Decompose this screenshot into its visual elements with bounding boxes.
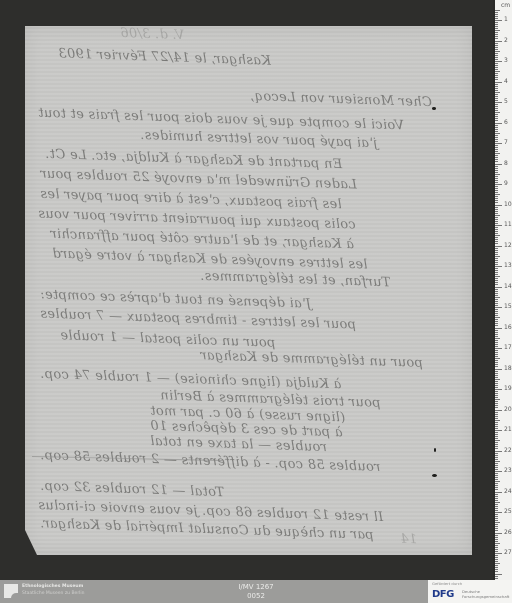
- ruler-tick: [495, 63, 498, 64]
- ruler-tick: [495, 41, 502, 42]
- ruler-tick: [495, 569, 498, 570]
- handwritten-line: pour trois télégrammes à Berlin: [160, 388, 381, 411]
- footer-bar: Ethnologisches Museum Staatliche Museen …: [0, 580, 512, 603]
- ruler-tick: [495, 399, 500, 400]
- ruler-tick: [495, 500, 498, 501]
- ruler-tick: [495, 280, 498, 281]
- ruler-tick: [495, 520, 498, 521]
- ruler-tick: [495, 434, 498, 435]
- ruler-tick: [495, 561, 498, 562]
- handwritten-line: à Kashgar, et de l'autre côté pour affra…: [50, 227, 354, 253]
- ruler-tick: [495, 360, 498, 361]
- ruler-tick: [495, 526, 498, 527]
- ruler-tick: [495, 108, 498, 109]
- ruler-tick: [495, 287, 502, 288]
- ruler-tick: [495, 112, 500, 113]
- ruler-tick: [495, 342, 498, 343]
- ruler-tick: [495, 352, 498, 353]
- ruler-tick: [495, 133, 500, 134]
- ruler-tick: [495, 545, 498, 546]
- ruler-tick: [495, 53, 498, 54]
- ruler-tick: [495, 125, 498, 126]
- ruler-tick: [495, 84, 498, 85]
- ruler-tick: [495, 225, 502, 226]
- ruler-tick: [495, 504, 498, 505]
- ruler-tick: [495, 14, 498, 15]
- handwritten-line: j'ai payé pour vos lettres humides.: [140, 128, 378, 151]
- ruler-tick: [495, 170, 498, 171]
- ruler-tick: [495, 59, 498, 60]
- ruler-tick: [495, 321, 498, 322]
- ruler-tick: [495, 528, 498, 529]
- ruler-tick: [495, 446, 498, 447]
- ruler-tick: [495, 180, 498, 181]
- ruler-tick: [495, 346, 498, 347]
- ruler-tick: [495, 315, 498, 316]
- ruler-tick: [495, 571, 498, 572]
- ruler-tick: [495, 278, 498, 279]
- ruler-tick: [495, 266, 502, 267]
- ruler-tick: [495, 533, 502, 534]
- ruler-tick: [495, 211, 498, 212]
- ruler-tick: [495, 38, 498, 39]
- ruler-label: 12: [504, 242, 512, 249]
- ruler-tick: [495, 522, 500, 523]
- ruler-tick: [495, 401, 498, 402]
- ruler-tick: [495, 518, 498, 519]
- ruler-tick: [495, 217, 498, 218]
- ruler-tick: [495, 379, 500, 380]
- ruler-tick: [495, 268, 498, 269]
- ruler-tick: [495, 241, 498, 242]
- ruler-tick: [495, 553, 502, 554]
- ruler-tick: [495, 24, 498, 25]
- ruler-tick: [495, 104, 498, 105]
- dfg-name-line2: Forschungsgemeinschaft: [462, 594, 509, 599]
- ruler-tick: [495, 514, 498, 515]
- ruler-tick: [495, 356, 498, 357]
- ruler-tick: [495, 82, 502, 83]
- ruler-tick: [495, 301, 498, 302]
- ruler-tick: [495, 297, 500, 298]
- ruler-tick: [495, 389, 502, 390]
- ruler-tick: [495, 479, 498, 480]
- ruler-tick: [495, 455, 498, 456]
- ruler-label: 8: [504, 160, 508, 167]
- ruler-tick: [495, 535, 498, 536]
- handwritten-line: Turfan, et les télégrammes.: [200, 269, 391, 291]
- ruler-tick: [495, 18, 498, 19]
- ruler-tick: [495, 151, 498, 152]
- ruler-tick: [495, 90, 498, 91]
- ruler-tick: [495, 293, 498, 294]
- ruler-tick: [495, 403, 498, 404]
- ruler-unit: cm: [501, 2, 510, 9]
- handwritten-line: 14: [400, 532, 418, 548]
- ruler-tick: [495, 123, 502, 124]
- ruler-tick: [495, 190, 498, 191]
- ruler-tick: [495, 576, 498, 577]
- ruler-tick: [495, 444, 498, 445]
- ruler-tick: [495, 377, 498, 378]
- ruler-tick: [495, 354, 498, 355]
- ruler-tick: [495, 477, 498, 478]
- handwritten-line: Total — 12 roubles 32 cop.: [40, 479, 224, 500]
- dfg-logo-icon: DFG: [432, 589, 454, 600]
- handwritten-line: Laden Grünwedel m'a envoyé 25 roubles po…: [40, 166, 357, 192]
- handwritten-line: Voici le compte que je vous dois pour le…: [38, 106, 404, 134]
- ruler-label: 20: [504, 406, 512, 413]
- ruler-tick: [495, 578, 498, 579]
- ruler-tick: [495, 555, 498, 556]
- ruler-tick: [495, 549, 498, 550]
- ruler-tick: [495, 375, 498, 376]
- ruler-tick: [495, 221, 498, 222]
- ruler-tick: [495, 414, 498, 415]
- ruler-tick: [495, 336, 498, 337]
- ruler-tick: [495, 34, 498, 35]
- handwritten-line: J'ai dépensé en tout d'après ce compte:: [40, 287, 312, 311]
- ruler-tick: [495, 289, 498, 290]
- ruler-label: 4: [504, 78, 508, 85]
- ruler-tick: [495, 510, 498, 511]
- ruler-label: 21: [504, 426, 512, 433]
- ruler-tick: [495, 506, 498, 507]
- ruler-tick: [495, 145, 498, 146]
- ruler-tick: [495, 188, 498, 189]
- ruler-tick: [495, 420, 500, 421]
- ruler-tick: [495, 110, 498, 111]
- ruler-tick: [495, 153, 500, 154]
- handwritten-line: colis postaux qui pourraient arriver pou…: [38, 206, 356, 232]
- ruler-tick: [495, 303, 498, 304]
- handwritten-line: pour les lettres - timbres postaux — 7 r…: [40, 306, 356, 332]
- ruler-tick: [495, 274, 498, 275]
- ruler-tick: [495, 440, 500, 441]
- ruler-tick: [495, 182, 498, 183]
- ruler-tick: [495, 106, 498, 107]
- ruler-tick: [495, 407, 498, 408]
- ruler-tick: [495, 137, 498, 138]
- ruler-tick: [495, 248, 498, 249]
- ruler-tick: [495, 348, 502, 349]
- ruler-tick: [495, 250, 498, 251]
- ruler-tick: [495, 469, 498, 470]
- ruler-tick: [495, 358, 500, 359]
- handwritten-line: pour un télégramme de Kashgar: [200, 348, 423, 371]
- ink-blot: [434, 448, 436, 452]
- ruler-tick: [495, 381, 498, 382]
- ruler-tick: [495, 442, 498, 443]
- dfg-name: Deutsche Forschungsgemeinschaft: [462, 589, 509, 599]
- ruler-tick: [495, 164, 502, 165]
- ruler-tick: [495, 161, 498, 162]
- ruler-tick: [495, 436, 498, 437]
- ruler-tick: [495, 45, 498, 46]
- ruler-tick: [495, 496, 498, 497]
- ruler-tick: [495, 96, 498, 97]
- ruler-tick: [495, 49, 498, 50]
- ruler-tick: [495, 473, 498, 474]
- ruler-tick: [495, 483, 498, 484]
- ruler-tick: [495, 412, 498, 413]
- ruler-tick: [495, 120, 498, 121]
- ruler-tick: [495, 172, 498, 173]
- ruler-tick: [495, 563, 500, 564]
- ruler-tick: [495, 371, 498, 372]
- letter-page: V. d. 3/06Kashgar, le 14/27 Février 1903…: [25, 26, 472, 555]
- ruler-tick: [495, 385, 498, 386]
- ruler-tick: [495, 313, 498, 314]
- ruler-tick: [495, 471, 502, 472]
- ruler-tick: [495, 157, 498, 158]
- handwritten-line: (ligne russe) à 60 c. par mot: [150, 404, 346, 426]
- ruler-tick: [495, 184, 502, 185]
- ruler-tick: [495, 252, 498, 253]
- ruler-tick: [495, 254, 498, 255]
- ruler-tick: [495, 397, 498, 398]
- ruler-tick: [495, 524, 498, 525]
- ruler-tick: [495, 328, 502, 329]
- ruler-tick: [495, 410, 502, 411]
- ruler-tick: [495, 481, 500, 482]
- ruler-tick: [495, 131, 498, 132]
- ruler-label: 23: [504, 467, 512, 474]
- ruler-tick: [495, 92, 500, 93]
- ruler-tick: [495, 272, 498, 273]
- ruler-tick: [495, 192, 498, 193]
- ruler-tick: [495, 86, 498, 87]
- ruler-label: 16: [504, 324, 512, 331]
- ruler-tick: [495, 100, 498, 101]
- ruler-label: 2: [504, 37, 508, 44]
- ruler-tick: [495, 574, 502, 575]
- ruler-tick: [495, 71, 500, 72]
- ruler-tick: [495, 270, 498, 271]
- ruler-tick: [495, 213, 498, 214]
- ruler-tick: [495, 176, 498, 177]
- ruler-tick: [495, 219, 498, 220]
- ruler-tick: [495, 457, 498, 458]
- ruler-label: 7: [504, 139, 508, 146]
- ruler-tick: [495, 502, 500, 503]
- ruler-tick: [495, 256, 500, 257]
- handwritten-line: Il reste 12 roubles 68 cop. je vous envo…: [38, 498, 384, 525]
- ruler-tick: [495, 207, 498, 208]
- ruler-tick: [495, 147, 498, 148]
- ruler-label: 5: [504, 98, 508, 105]
- handwritten-line: roubles — la taxe en total: [150, 434, 327, 455]
- ruler-tick: [495, 67, 498, 68]
- ruler-tick: [495, 291, 498, 292]
- ruler-tick: [495, 362, 498, 363]
- ruler-label: 9: [504, 180, 508, 187]
- handwritten-line: V. d. 3/06: [120, 26, 185, 43]
- ruler-tick: [495, 391, 498, 392]
- cm-ruler: cm 1234567891011121314151617181920212223…: [493, 0, 512, 580]
- handwritten-line: les frais postaux, c'est à dire pour pay…: [40, 187, 342, 213]
- ruler-tick: [495, 231, 498, 232]
- ruler-tick: [495, 12, 498, 13]
- ruler-label: 11: [504, 221, 512, 228]
- ruler-tick: [495, 30, 500, 31]
- ruler-tick: [495, 373, 498, 374]
- ruler-tick: [495, 330, 498, 331]
- ruler-tick: [495, 539, 498, 540]
- ruler-tick: [495, 487, 498, 488]
- handwritten-line: pour un colis postal — 1 rouble: [60, 328, 276, 351]
- ruler-tick: [495, 284, 498, 285]
- ruler-label: 24: [504, 488, 512, 495]
- ruler-tick: [495, 541, 498, 542]
- ruler-tick: [495, 276, 500, 277]
- ruler-tick: [495, 551, 498, 552]
- ink-blot: [432, 107, 436, 110]
- ruler-tick: [495, 428, 498, 429]
- ruler-label: 10: [504, 201, 512, 208]
- ruler-tick: [495, 118, 498, 119]
- ruler-tick: [495, 73, 498, 74]
- ruler-tick: [495, 369, 502, 370]
- ruler-label: 15: [504, 303, 512, 310]
- ruler-tick: [495, 235, 500, 236]
- ruler-tick: [495, 463, 498, 464]
- ruler-label: 27: [504, 549, 512, 556]
- ruler-tick: [495, 512, 502, 513]
- ruler-tick: [495, 20, 502, 21]
- ruler-tick: [495, 305, 498, 306]
- ruler-tick: [495, 498, 498, 499]
- ruler-tick: [495, 209, 498, 210]
- ruler-tick: [495, 127, 498, 128]
- ruler-tick: [495, 194, 500, 195]
- ruler-tick: [495, 299, 498, 300]
- ruler-tick: [495, 282, 498, 283]
- ruler-tick: [495, 198, 498, 199]
- ruler-tick: [495, 223, 498, 224]
- ruler-tick: [495, 465, 498, 466]
- ruler-tick: [495, 178, 498, 179]
- dfg-badge: Gefördert durch DFG Deutsche Forschungsg…: [428, 580, 512, 603]
- ruler-tick: [495, 557, 498, 558]
- ruler-tick: [495, 543, 500, 544]
- ink-blot: [432, 474, 437, 477]
- ruler-label: 17: [504, 344, 512, 351]
- ruler-tick: [495, 114, 498, 115]
- ruler-tick: [495, 202, 498, 203]
- ruler-tick: [495, 155, 498, 156]
- ruler-tick: [495, 430, 502, 431]
- ruler-tick: [495, 264, 498, 265]
- ruler-tick: [495, 149, 498, 150]
- ruler-tick: [495, 239, 498, 240]
- ruler-tick: [495, 424, 498, 425]
- handwritten-line: les lettres envoyées de Kashgar à votre …: [52, 246, 368, 272]
- ruler-tick: [495, 323, 498, 324]
- ruler-tick: [495, 334, 498, 335]
- ruler-tick: [495, 537, 498, 538]
- dfg-funded-label: Gefördert durch: [432, 581, 462, 586]
- ruler-tick: [495, 448, 498, 449]
- ruler-tick: [495, 426, 498, 427]
- ruler-tick: [495, 567, 498, 568]
- ruler-label: 13: [504, 262, 512, 269]
- ruler-tick: [495, 340, 498, 341]
- handwritten-line: à part de ces 3 dépêches 10: [150, 419, 343, 441]
- ruler-tick: [495, 530, 498, 531]
- ruler-label: 1: [504, 16, 508, 23]
- ruler-tick: [495, 28, 498, 29]
- ruler-tick: [495, 422, 498, 423]
- ruler-tick: [495, 492, 502, 493]
- ruler-tick: [495, 459, 498, 460]
- ruler-tick: [495, 260, 498, 261]
- ruler-tick: [495, 75, 498, 76]
- ruler-tick: [495, 453, 498, 454]
- ruler-tick: [495, 547, 498, 548]
- ruler-tick: [495, 10, 500, 11]
- ruler-tick: [495, 55, 498, 56]
- ruler-tick: [495, 215, 500, 216]
- handwritten-line: Kashgar, le 14/27 Février 1903: [58, 46, 271, 68]
- ruler-tick: [495, 26, 498, 27]
- ruler-tick: [495, 168, 498, 169]
- ruler-tick: [495, 205, 502, 206]
- ruler-tick: [495, 32, 498, 33]
- ruler-tick: [495, 325, 498, 326]
- ruler-label: 19: [504, 385, 512, 392]
- total-underline: [32, 456, 222, 461]
- ruler-tick: [495, 383, 498, 384]
- ruler-tick: [495, 338, 500, 339]
- ruler-tick: [495, 418, 498, 419]
- ruler-tick: [495, 311, 498, 312]
- ruler-tick: [495, 22, 498, 23]
- handwritten-line: par un chèque du Consulat Impérial de Ka…: [40, 516, 374, 543]
- document-viewer[interactable]: V. d. 3/06Kashgar, le 14/27 Février 1903…: [0, 0, 493, 580]
- ruler-tick: [495, 295, 498, 296]
- ruler-tick: [495, 47, 498, 48]
- ruler-tick: [495, 246, 502, 247]
- ruler-label: 14: [504, 283, 512, 290]
- ruler-tick: [495, 451, 502, 452]
- ruler-tick: [495, 508, 498, 509]
- handwritten-line: Cher Monsieur von Lecoq,: [250, 89, 432, 110]
- ruler-tick: [495, 432, 498, 433]
- ruler-tick: [495, 395, 498, 396]
- ruler-tick: [495, 237, 498, 238]
- ruler-tick: [495, 233, 498, 234]
- ruler-tick: [495, 98, 498, 99]
- ruler-tick: [495, 485, 498, 486]
- ruler-tick: [495, 227, 498, 228]
- ruler-tick: [495, 565, 498, 566]
- ruler-tick: [495, 366, 498, 367]
- ruler-tick: [495, 77, 498, 78]
- ruler-tick: [495, 475, 498, 476]
- ruler-tick: [495, 309, 498, 310]
- ruler-tick: [495, 79, 498, 80]
- ruler-tick: [495, 387, 498, 388]
- ruler-label: 6: [504, 119, 508, 126]
- ruler-tick: [495, 196, 498, 197]
- ruler-tick: [495, 344, 498, 345]
- ruler-tick: [495, 516, 498, 517]
- ruler-tick: [495, 159, 498, 160]
- ruler-label: 3: [504, 57, 508, 64]
- ruler-tick: [495, 393, 498, 394]
- ruler-tick: [495, 489, 498, 490]
